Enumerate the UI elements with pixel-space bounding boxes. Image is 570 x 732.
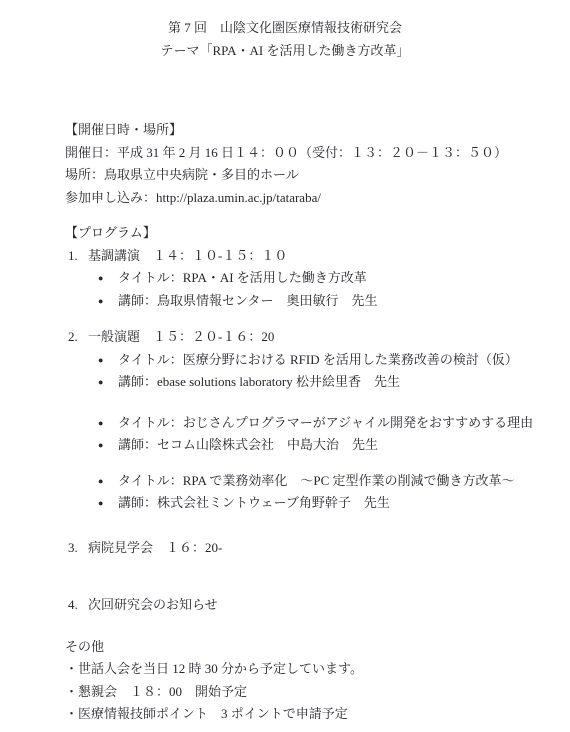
program-heading: 【プログラム】 [65,222,550,245]
talk-speaker-row: ● 講師：ebase solutions laboratory 松井絵里香 先生 [98,371,550,394]
item-label: 次回研究会のお知らせ [88,594,218,617]
item-number: 4. [68,594,88,617]
bullet-icon: ● [98,267,118,290]
talk-speaker-row: ● 講師：鳥取県情報センター 奥田敏行 先生 [98,290,550,313]
item-label: 病院見学会 １６：20- [88,537,222,560]
talk-speaker: 講師：株式会社ミントウェーブ角野幹子 先生 [118,492,390,515]
talk-title: タイトル：医療分野における RFID を活用した業務改善の検討（仮） [118,349,518,372]
talk-title-row: ● タイトル：おじさんプログラマーがアジャイル開発をおすすめする理由 [98,412,550,435]
talk-speaker-row: ● 講師：セコム山陰株式会社 中島大治 先生 [98,434,550,457]
bullet-icon: ● [98,412,118,435]
program-section: 【プログラム】 1. 基調講演 １４：１０-１５：１０ ● タイトル：RPA・A… [65,222,550,617]
event-info-heading: 【開催日時・場所】 [65,119,550,142]
talk-speaker: 講師：ebase solutions laboratory 松井絵里香 先生 [118,371,400,394]
document-body: 【開催日時・場所】 開催日：平成 31 年 2 月 16 日１４：００（受付：１… [65,119,550,726]
talk-title-row: ● タイトル：RPA で業務効率化 ～PC 定型作業の削減で働き方改革～ [98,470,550,493]
other-note: ・世話人会を当日 12 時 30 分から予定しています。 [65,658,550,681]
talk-title: タイトル：おじさんプログラマーがアジャイル開発をおすすめする理由 [118,412,533,435]
event-date-line: 開催日：平成 31 年 2 月 16 日１４：００（受付：１３：２０－１３：５０… [65,142,550,165]
talk-speaker: 講師：鳥取県情報センター 奥田敏行 先生 [118,290,377,313]
item-label: 基調講演 １４：１０-１５：１０ [88,245,287,268]
bullet-icon: ● [98,349,118,372]
item-number: 3. [68,537,88,560]
other-note: ・懇親会 １８：00 開始予定 [65,681,550,704]
talk-speaker-row: ● 講師：株式会社ミントウェーブ角野幹子 先生 [98,492,550,515]
talk-title: タイトル：RPA で業務効率化 ～PC 定型作業の削減で働き方改革～ [118,470,515,493]
program-item-keynote: 1. 基調講演 １４：１０-１５：１０ [65,245,550,268]
bullet-icon: ● [98,434,118,457]
document-title: 第 7 回 山陰文化圏医療情報技術研究会 [0,17,570,40]
document-page: 第 7 回 山陰文化圏医療情報技術研究会 テーマ「RPA・AI を活用した働き方… [0,0,570,732]
bullet-icon: ● [98,290,118,313]
talk-title-row: ● タイトル：医療分野における RFID を活用した業務改善の検討（仮） [98,349,550,372]
event-place-line: 場所：鳥取県立中央病院・多目的ホール [65,164,550,187]
item-label: 一般演題 １５：２０-１６：20 [88,326,274,349]
event-registration-line: 参加申し込み：http://plaza.umin.ac.jp/tataraba/ [65,187,550,210]
talk-title-row: ● タイトル：RPA・AI を活用した働き方改革 [98,267,550,290]
talk-title: タイトル：RPA・AI を活用した働き方改革 [118,267,367,290]
title-block: 第 7 回 山陰文化圏医療情報技術研究会 テーマ「RPA・AI を活用した働き方… [0,0,570,62]
talk-speaker: 講師：セコム山陰株式会社 中島大治 先生 [118,434,378,457]
other-heading: その他 [65,636,550,659]
document-theme: テーマ「RPA・AI を活用した働き方改革」 [0,40,570,63]
event-info-section: 【開催日時・場所】 開催日：平成 31 年 2 月 16 日１４：００（受付：１… [65,119,550,209]
program-item-hospital-tour: 3. 病院見学会 １６：20- [65,537,550,560]
bullet-icon: ● [98,371,118,394]
other-section: その他 ・世話人会を当日 12 時 30 分から予定しています。 ・懇親会 １８… [65,636,550,726]
program-item-next-meeting: 4. 次回研究会のお知らせ [65,594,550,617]
bullet-icon: ● [98,470,118,493]
item-number: 2. [68,326,88,349]
program-item-general: 2. 一般演題 １５：２０-１６：20 [65,326,550,349]
bullet-icon: ● [98,492,118,515]
item-number: 1. [68,245,88,268]
other-note: ・医療情報技師ポイント 3 ポイントで申請予定 [65,703,550,726]
